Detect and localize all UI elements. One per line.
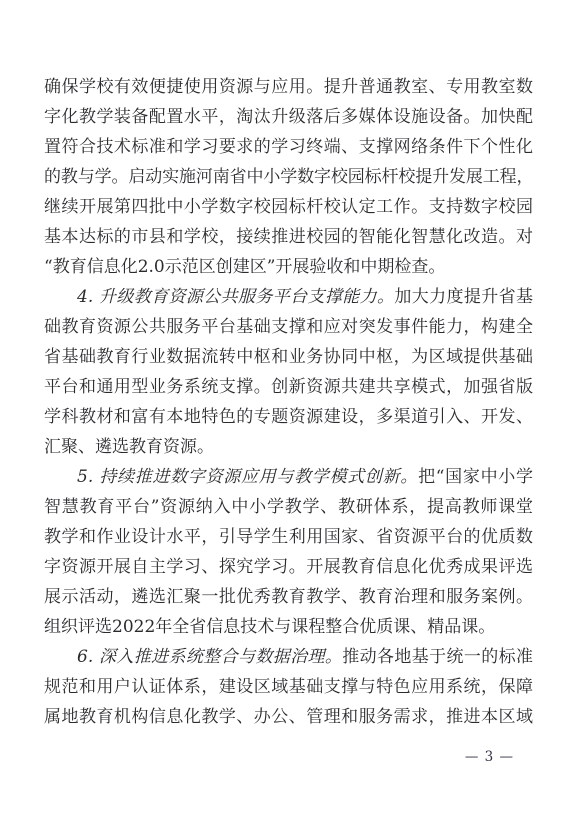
text-line: 继续开展第四批中小学数字校园标杆校认定工作。支持数字校园	[44, 192, 533, 222]
document-page: 确保学校有效便捷使用资源与应用。提升普通教室、专用教室数 字化教学装备配置水平，…	[0, 0, 570, 819]
text-line: 的教与学。启动实施河南省中小学数字校园标杆校提升发展工程，	[44, 162, 533, 192]
text-line: 教学和作业设计水平，引导学生利用国家、省资源平台的优质数	[44, 522, 533, 552]
item-4-heading: 4. 升级教育资源公共服务平台支撑能力。	[77, 287, 394, 307]
text-line: 5. 持续推进数字资源应用与教学模式创新。把“国家中小学	[44, 462, 533, 492]
text-line: 字化教学装备配置水平，淘汰升级落后多媒体设施设备。加快配	[44, 102, 533, 132]
text-line: 学科教材和富有本地特色的专题资源建设，多渠道引入、开发、	[44, 402, 533, 432]
text-line: 省基础教育行业数据流转中枢和业务协同中枢，为区域提供基础	[44, 342, 533, 372]
item-4-lead-text: 加大力度提升省基	[394, 287, 533, 307]
document-body: 确保学校有效便捷使用资源与应用。提升普通教室、专用教室数 字化教学装备配置水平，…	[44, 72, 533, 732]
text-line: 智慧教育平台”资源纳入中小学教学、教研体系，提高教师课堂	[44, 492, 533, 522]
item-5-lead-text: 把“国家中小学	[418, 467, 533, 487]
item-6-lead-text: 推动各地基于统一的标准	[342, 647, 533, 667]
text-line: 置符合技术标准和学习要求的学习终端、支撑网络条件下个性化	[44, 132, 533, 162]
text-line: 属地教育机构信息化教学、办公、管理和服务需求，推进本区域	[44, 702, 533, 732]
page-number: — 3 —	[465, 749, 514, 765]
text-line: 平台和通用型业务系统支撑。创新资源共建共享模式，加强省版	[44, 372, 533, 402]
text-line: 组织评选2022年全省信息技术与课程整合优质课、精品课。	[44, 612, 533, 642]
text-line: 6. 深入推进系统整合与数据治理。推动各地基于统一的标准	[44, 642, 533, 672]
text-line: 础教育资源公共服务平台基础支撑和应对突发事件能力，构建全	[44, 312, 533, 342]
item-5-heading: 5. 持续推进数字资源应用与教学模式创新。	[77, 467, 418, 487]
text-line: 字资源开展自主学习、探究学习。开展教育信息化优秀成果评选	[44, 552, 533, 582]
text-line: “教育信息化2.0示范区创建区”开展验收和中期检查。	[44, 252, 533, 282]
text-line: 汇聚、遴选教育资源。	[44, 432, 533, 462]
item-6-heading: 6. 深入推进系统整合与数据治理。	[77, 647, 342, 667]
text-line: 确保学校有效便捷使用资源与应用。提升普通教室、专用教室数	[44, 72, 533, 102]
text-line: 规范和用户认证体系，建设区域基础支撑与特色应用系统，保障	[44, 672, 533, 702]
text-line: 4. 升级教育资源公共服务平台支撑能力。加大力度提升省基	[44, 282, 533, 312]
text-line: 基本达标的市县和学校，接续推进校园的智能化智慧化改造。对	[44, 222, 533, 252]
text-line: 展示活动，遴选汇聚一批优秀教育教学、教育治理和服务案例。	[44, 582, 533, 612]
